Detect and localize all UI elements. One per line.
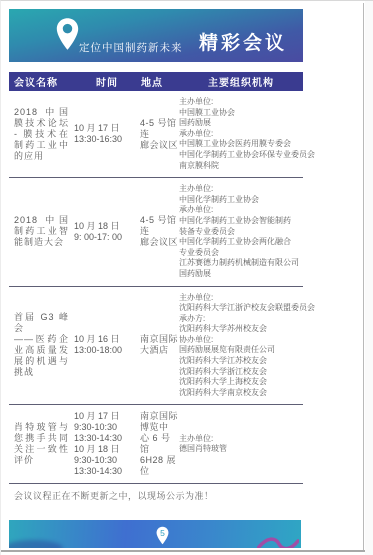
page-bottom-edge xyxy=(1,550,365,552)
update-disclaimer-note: 会议议程正在不断更新之中，以现场公示为准！ xyxy=(9,484,303,502)
table-row: 肖特玻管与您携手共同关注一致性评价 10 月 17 日 9:30-10:30 1… xyxy=(9,405,303,484)
conference-name-cell: 肖特玻管与您携手共同关注一致性评价 xyxy=(9,422,74,466)
conference-table: 会议名称 时间 地点 主要组织机构 2018 中国膜技术论坛 - 膜技术在制药工… xyxy=(9,72,303,502)
page-right-edge xyxy=(363,3,364,551)
footer-banner: 5 xyxy=(9,520,301,548)
page-number-pin: 5 xyxy=(155,525,170,547)
footer-blob-decoration xyxy=(9,540,63,548)
organizers-cell: 主办单位: 中国膜工业协会 国药励展 承办单位: 中国膜工业协会医药用膜专委会 … xyxy=(179,97,315,171)
organizers-cell: 主办单位: 德国肖特玻管 xyxy=(179,434,315,455)
header-tagline: 定位中国制药新未来 xyxy=(79,40,183,55)
column-header-time: 时间 xyxy=(74,74,140,89)
conference-name-cell: 2018 中国膜技术论坛 - 膜技术在制药工业中的应用 xyxy=(9,107,74,162)
organizers-cell: 主办单位: 中国化学制药工业协会 承办单位: 中国化学制药工业协会智能制药 装备… xyxy=(179,184,315,279)
location-cell: 南京国际 博览中 心 6 号馆 6H28 展位 xyxy=(140,411,179,477)
table-row: 首届 G3 峰会 ——医药企业高质量发展的机遇与挑战 10 月 16 日 13:… xyxy=(9,287,303,406)
time-cell: 10 月 17 日 13:30-16:30 xyxy=(74,123,140,145)
table-header-row: 会议名称 时间 地点 主要组织机构 xyxy=(9,72,303,91)
time-cell: 10 月 18 日 9: 00-17: 00 xyxy=(74,221,140,243)
brochure-page: 定位中国制药新未来 精彩会议 会议名称 时间 地点 主要组织机构 2018 中国… xyxy=(0,0,373,555)
organizers-cell: 主办单位: 沈阳药科大学江浙沪校友会联盟委员会 承办方: 沈阳药科大学苏州校友会… xyxy=(179,293,315,399)
header-banner: 定位中国制药新未来 精彩会议 xyxy=(9,9,303,62)
location-cell: 4-5 号馆连 廊会议区 xyxy=(140,215,179,248)
column-header-location: 地点 xyxy=(140,74,179,89)
conference-name-cell: 2018 中国制药工业智能制造大会 xyxy=(9,215,74,248)
location-cell: 4-5 号馆连 廊会议区 xyxy=(140,118,179,151)
location-cell: 南京国际 大酒店 xyxy=(140,334,179,356)
table-row: 2018 中国膜技术论坛 - 膜技术在制药工业中的应用 10 月 17 日 13… xyxy=(9,91,303,178)
location-pin-icon xyxy=(54,17,81,51)
time-cell: 10 月 16 日 13:00-18:00 xyxy=(74,334,140,356)
wave-swirl-decoration xyxy=(257,534,299,548)
scan-margin-strip xyxy=(365,1,373,555)
column-header-organizers: 主要组织机构 xyxy=(179,74,303,89)
page-number: 5 xyxy=(155,528,170,538)
column-header-name: 会议名称 xyxy=(9,74,74,89)
time-cell: 10 月 17 日 9:30-10:30 13:30-14:30 10 月 18… xyxy=(74,411,140,477)
table-row: 2018 中国制药工业智能制造大会 10 月 18 日 9: 00-17: 00… xyxy=(9,178,303,286)
page-title: 精彩会议 xyxy=(199,28,287,55)
conference-name-cell: 首届 G3 峰会 ——医药企业高质量发展的机遇与挑战 xyxy=(9,312,74,378)
